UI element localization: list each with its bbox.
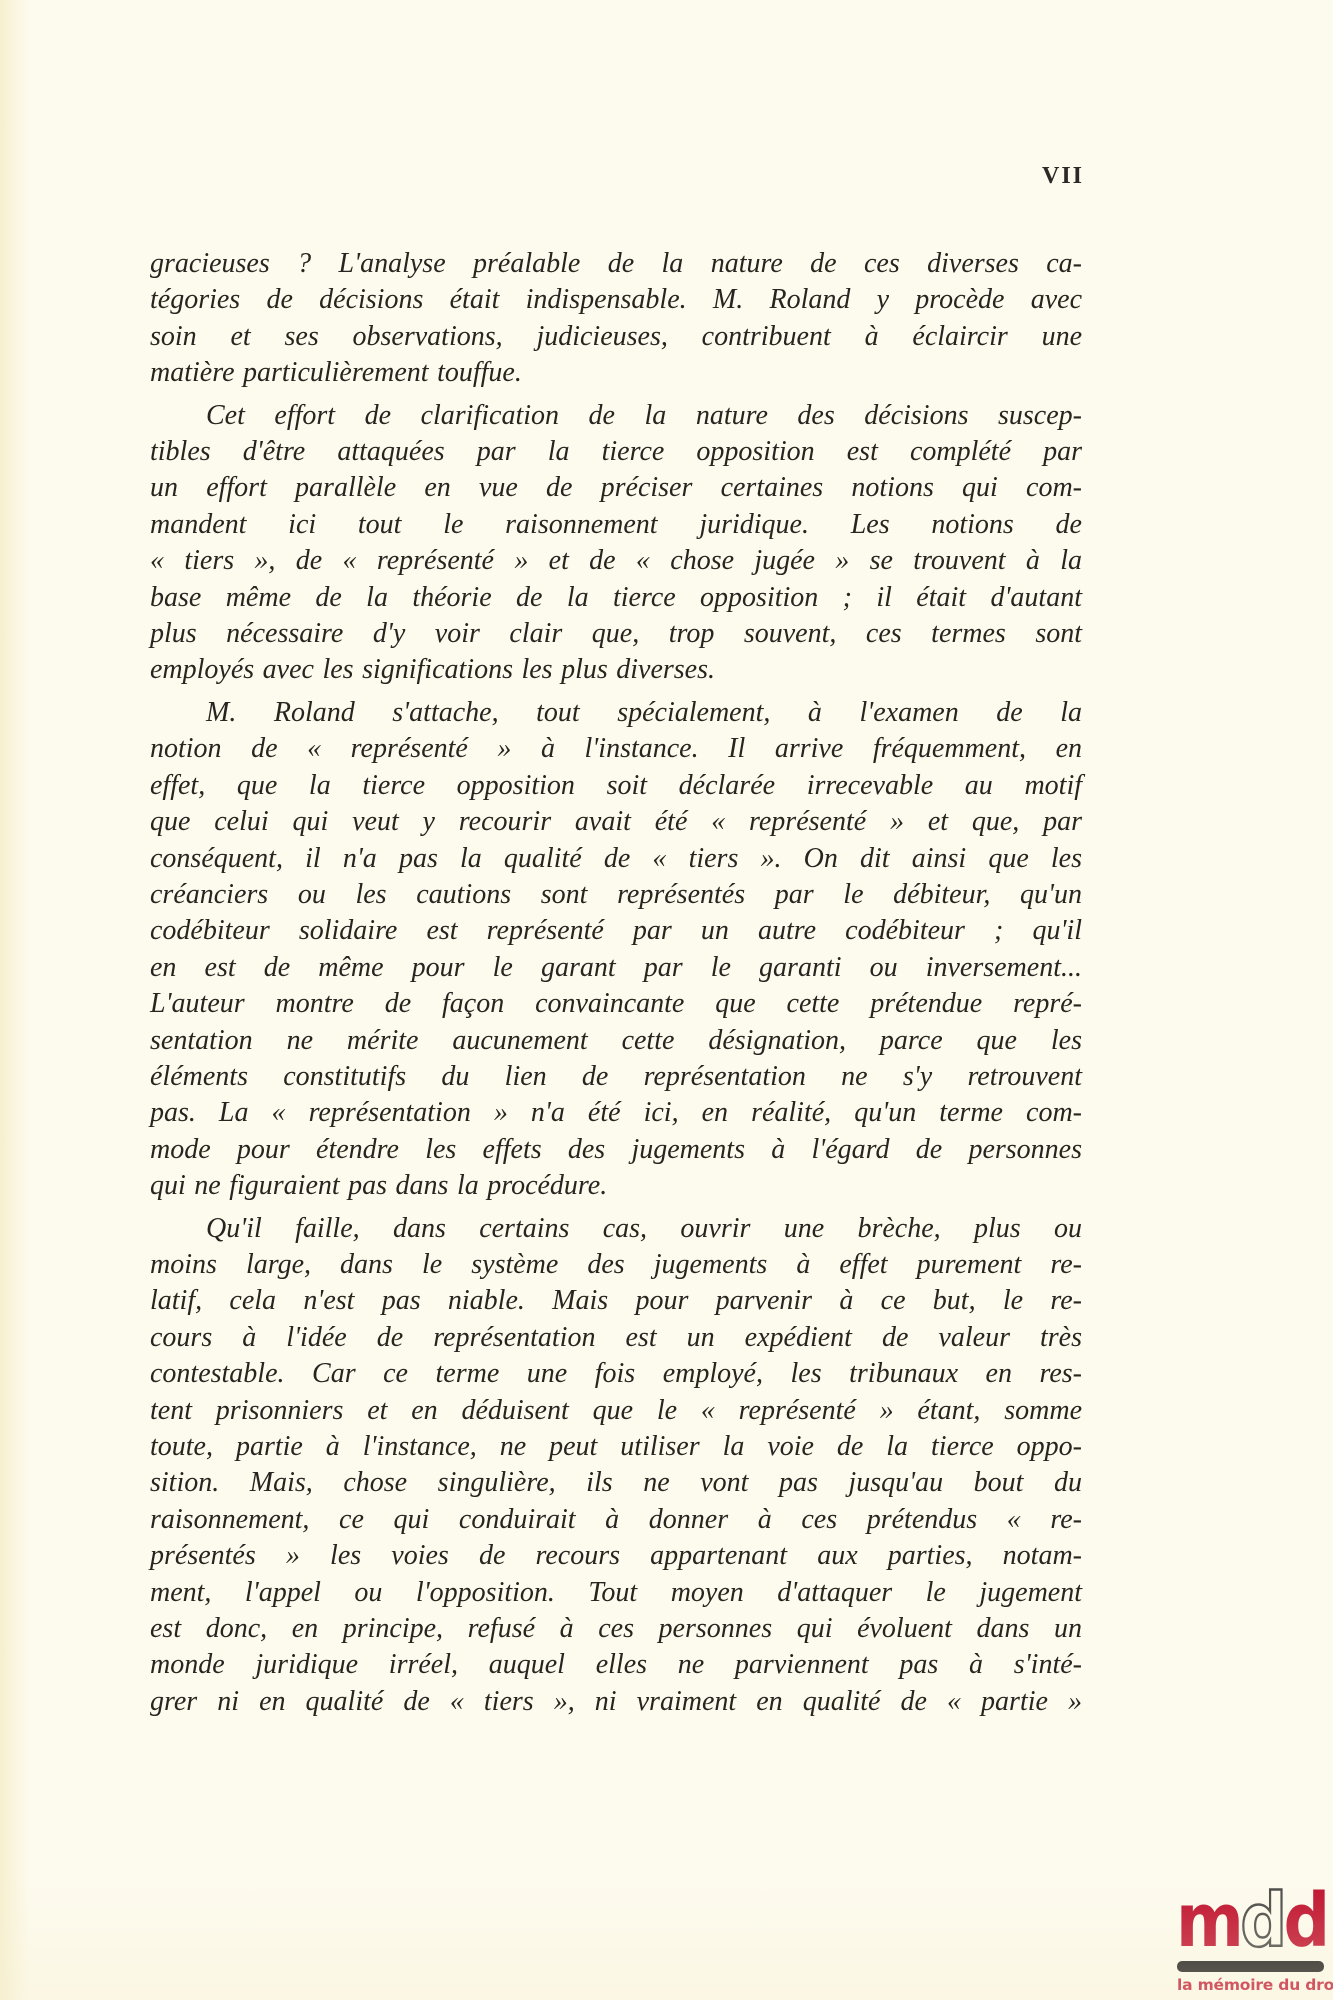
paragraph: gracieuses ? L'analyse préalable de la n… [150,246,1082,392]
mdd-logo-letter-d-solid: d [1283,1878,1326,1964]
text-line: contestable. Car ce terme une fois emplo… [150,1356,1082,1392]
text-line: effet, que la tierce opposition soit déc… [150,768,1082,804]
text-line: M. Roland s'attache, tout spécialement, … [150,695,1082,731]
scanned-book-page: VII gracieuses ? L'analyse préalable de … [0,0,1333,2000]
text-line: Cet effort de clarification de la nature… [150,398,1082,434]
text-line: L'auteur montre de façon convaincante qu… [150,986,1082,1022]
paragraph: M. Roland s'attache, tout spécialement, … [150,695,1082,1205]
text-line: monde juridique irréel, auquel elles ne … [150,1647,1082,1683]
text-line: latif, cela n'est pas niable. Mais pour … [150,1283,1082,1319]
text-line: « tiers », de « représenté » et de « cho… [150,543,1082,579]
text-line: toute, partie à l'instance, ne peut util… [150,1429,1082,1465]
text-line: cours à l'idée de représentation est un … [150,1320,1082,1356]
text-line: base même de la théorie de la tierce opp… [150,580,1082,616]
paragraph: Cet effort de clarification de la nature… [150,398,1082,689]
mdd-logo-tagline: la mémoire du droit [1177,1976,1333,1994]
text-line: un effort parallèle en vue de préciser c… [150,470,1082,506]
text-line: gracieuses ? L'analyse préalable de la n… [150,246,1082,282]
paragraph: Qu'il faille, dans certains cas, ouvrir … [150,1211,1082,1721]
text-line: moins large, dans le système des jugemen… [150,1247,1082,1283]
text-line: sition. Mais, chose singulière, ils ne v… [150,1465,1082,1501]
text-line: tent prisonniers et en déduisent que le … [150,1393,1082,1429]
text-line: en est de même pour le garant par le gar… [150,950,1082,986]
text-line: soin et ses observations, judicieuses, c… [150,319,1082,355]
mdd-logo-wordmark: mdd [1176,1884,1314,1958]
text-line: présentés » les voies de recours apparte… [150,1538,1082,1574]
text-line: conséquent, il n'a pas la qualité de « t… [150,841,1082,877]
text-line: plus nécessaire d'y voir clair que, trop… [150,616,1082,652]
text-line: raisonnement, ce qui conduirait à donner… [150,1502,1082,1538]
text-line: que celui qui veut y recourir avait été … [150,804,1082,840]
text-line: sentation ne mérite aucunement cette dés… [150,1023,1082,1059]
text-line: mandent ici tout le raisonnement juridiq… [150,507,1082,543]
text-line: matière particulièrement touffue. [150,355,1082,391]
mdd-logo-letter-d-outline: d [1240,1878,1283,1964]
text-line: éléments constitutifs du lien de représe… [150,1059,1082,1095]
page-text-block: gracieuses ? L'analyse préalable de la n… [150,246,1082,1726]
text-line: pas. La « représentation » n'a été ici, … [150,1095,1082,1131]
page-number: VII [1042,163,1084,190]
text-line: notion de « représenté » à l'instance. I… [150,731,1082,767]
text-line: créanciers ou les cautions sont représen… [150,877,1082,913]
text-line: employés avec les significations les plu… [150,652,1082,688]
text-line: tégories de décisions était indispensabl… [150,282,1082,318]
mdd-logo-letter-m: m [1176,1878,1240,1964]
text-line: grer ni en qualité de « tiers », ni vrai… [150,1684,1082,1720]
text-line: tibles d'être attaquées par la tierce op… [150,434,1082,470]
text-line: est donc, en principe, refusé à ces pers… [150,1611,1082,1647]
text-line: mode pour étendre les effets des jugemen… [150,1132,1082,1168]
text-line: Qu'il faille, dans certains cas, ouvrir … [150,1211,1082,1247]
text-line: codébiteur solidaire est représenté par … [150,913,1082,949]
mdd-logo: mdd la mémoire du droit [1172,1884,1333,1994]
text-line: ment, l'appel ou l'opposition. Tout moye… [150,1575,1082,1611]
text-line: qui ne figuraient pas dans la procédure. [150,1168,1082,1204]
